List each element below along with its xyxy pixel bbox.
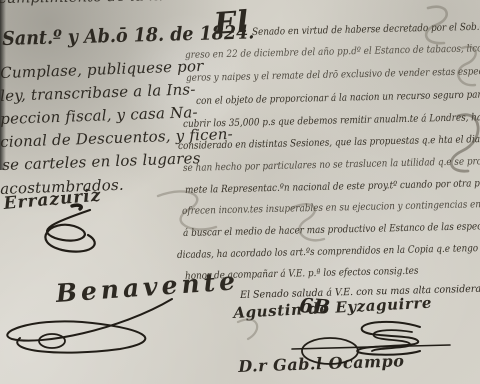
manuscript-page: cumplimiento de la n. — Sant.º y Ab.ō 18…: [0, 0, 480, 384]
eyzaguirre-rubric-scribble: [372, 330, 412, 351]
body-line: ofrecen inconv.tes insuperables en su ej…: [182, 199, 480, 217]
top-cropped-line: cumplimiento de la n. —: [0, 0, 183, 6]
body-line: se han hecho por particulares no se tras…: [183, 157, 480, 174]
margin-decree-line: se carteles en los lugares: [2, 151, 201, 173]
margin-decree-line: ley, transcribase a la Ins-: [0, 82, 196, 104]
body-line: con el objeto de proporcionar á la nacio…: [196, 90, 480, 107]
body-line: geros y naipes y el remate del drō exclu…: [186, 67, 480, 84]
body-line: greso en 22 de diciembre del año pp.dº e…: [185, 43, 480, 61]
errazuriz-rubric-flourish: [45, 210, 94, 252]
body-line: á buscar el medio de hacer mas productiv…: [183, 222, 480, 239]
ghost-curl-bottom-center: [238, 319, 257, 339]
body-line: mete la Representac.ºn nacional de este …: [185, 179, 480, 196]
body-drop-word: El: [213, 8, 249, 40]
margin-decree-line: Cumplase, publiquese por: [0, 59, 204, 81]
benavente-rubric-loop: [39, 334, 65, 348]
body-line: Senado en virtud de haberse decretado po…: [252, 22, 480, 38]
eyzaguirre-rubric-flourish: [357, 322, 420, 355]
eyzaguirre-underline-stroke: [292, 345, 450, 349]
margin-decree-line: peccion fiscal, y casa Na-: [0, 105, 198, 127]
signature-ocampo: D.r Gab.l Ocampo: [238, 353, 405, 375]
body-line: cubrir los 35,000 p.s que debemos remiti…: [183, 113, 480, 130]
benavente-rubric-flourish: [7, 299, 172, 353]
body-line: dicadas, ha acordado los art.ºs comprend…: [177, 244, 480, 261]
